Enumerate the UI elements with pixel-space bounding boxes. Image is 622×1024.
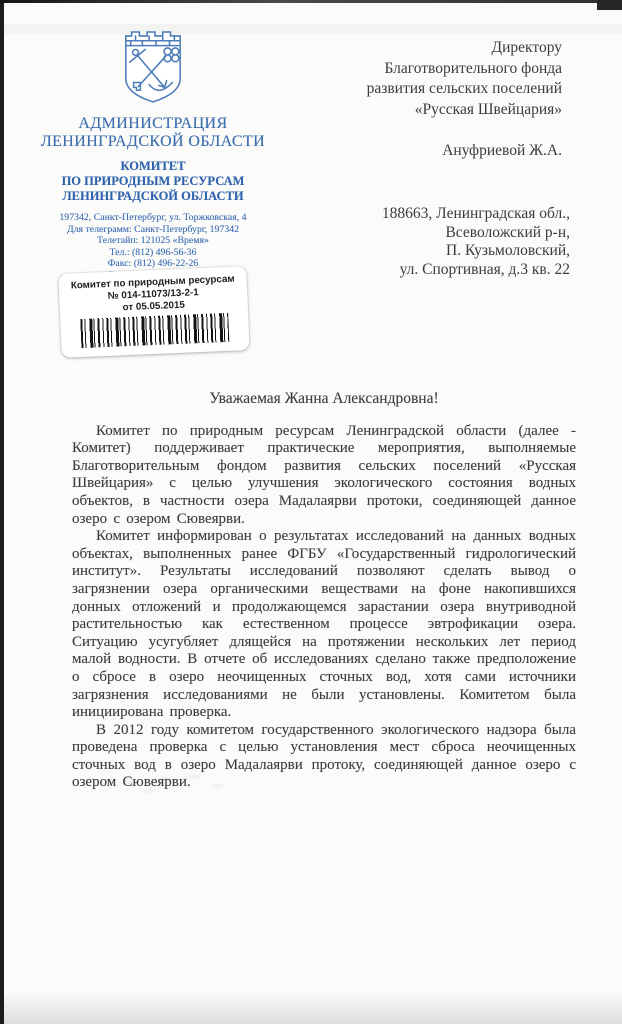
telegram-line: Для телеграмм: Санкт-Петербург, 197342 [32, 224, 274, 236]
scan-bottom-shadow [4, 992, 622, 1024]
salutation: Уважаемая Жанна Александровна! [72, 390, 576, 408]
coat-of-arms-icon [120, 26, 186, 106]
recipient-name: Ануфриевой Ж.А. [367, 141, 562, 162]
recipient-address-block: 188663, Ленинградская обл., Всеволожский… [382, 205, 570, 279]
recipient-line: Благотворительного фонда [367, 59, 562, 80]
paragraph-2: Комитет информирован о результатах иссле… [72, 528, 576, 722]
org-line-1: АДМИНИСТРАЦИЯ [32, 115, 274, 133]
scan-left-edge [0, 0, 4, 1024]
letterhead: АДМИНИСТРАЦИЯ ЛЕНИНГРАДСКОЙ ОБЛАСТИ КОМИ… [32, 26, 274, 282]
paragraph-3: В 2012 году комитетом государственного э… [72, 722, 576, 792]
letter-body: Уважаемая Жанна Александровна! Комитет п… [72, 390, 576, 792]
recipient-block: Директору Благотворительного фонда разви… [367, 38, 562, 162]
registration-sticker: Комитет по природным ресурсам № 014-1107… [58, 266, 249, 358]
paragraph-1: Комитет по природным ресурсам Ленинградс… [72, 423, 576, 529]
scan-top-edge [0, 0, 622, 3]
recipient-line: Директору [367, 38, 562, 59]
scanned-letter-page: АДМИНИСТРАЦИЯ ЛЕНИНГРАДСКОЙ ОБЛАСТИ КОМИ… [0, 0, 622, 1024]
teletype-line: Телетайп: 121025 «Время» [32, 235, 274, 247]
committee-line-3: ЛЕНИНГРАДСКОЙ ОБЛАСТИ [32, 189, 274, 204]
recipient-line: развития сельских поселений [367, 79, 562, 100]
phone-line: Тел.: (812) 496-56-36 [32, 247, 274, 259]
recipient-line: «Русская Швейцария» [367, 100, 562, 121]
address-line: 188663, Ленинградская обл., [382, 205, 570, 224]
organization-name: АДМИНИСТРАЦИЯ ЛЕНИНГРАДСКОЙ ОБЛАСТИ [32, 115, 274, 151]
postal-address-line: 197342, Санкт-Петербург, ул. Торжковская… [32, 212, 274, 224]
barcode-icon [80, 313, 229, 348]
org-line-2: ЛЕНИНГРАДСКОЙ ОБЛАСТИ [32, 133, 274, 151]
scan-corner-artifact [597, 0, 622, 10]
address-line: ул. Спортивная, д.3 кв. 22 [382, 261, 570, 280]
committee-line-1: КОМИТЕТ [32, 159, 274, 174]
address-line: П. Кузьмоловский, [382, 242, 570, 261]
address-line: Всеволожский р-н, [382, 224, 570, 243]
committee-name: КОМИТЕТ ПО ПРИРОДНЫМ РЕСУРСАМ ЛЕНИНГРАДС… [32, 159, 274, 204]
committee-line-2: ПО ПРИРОДНЫМ РЕСУРСАМ [32, 174, 274, 189]
